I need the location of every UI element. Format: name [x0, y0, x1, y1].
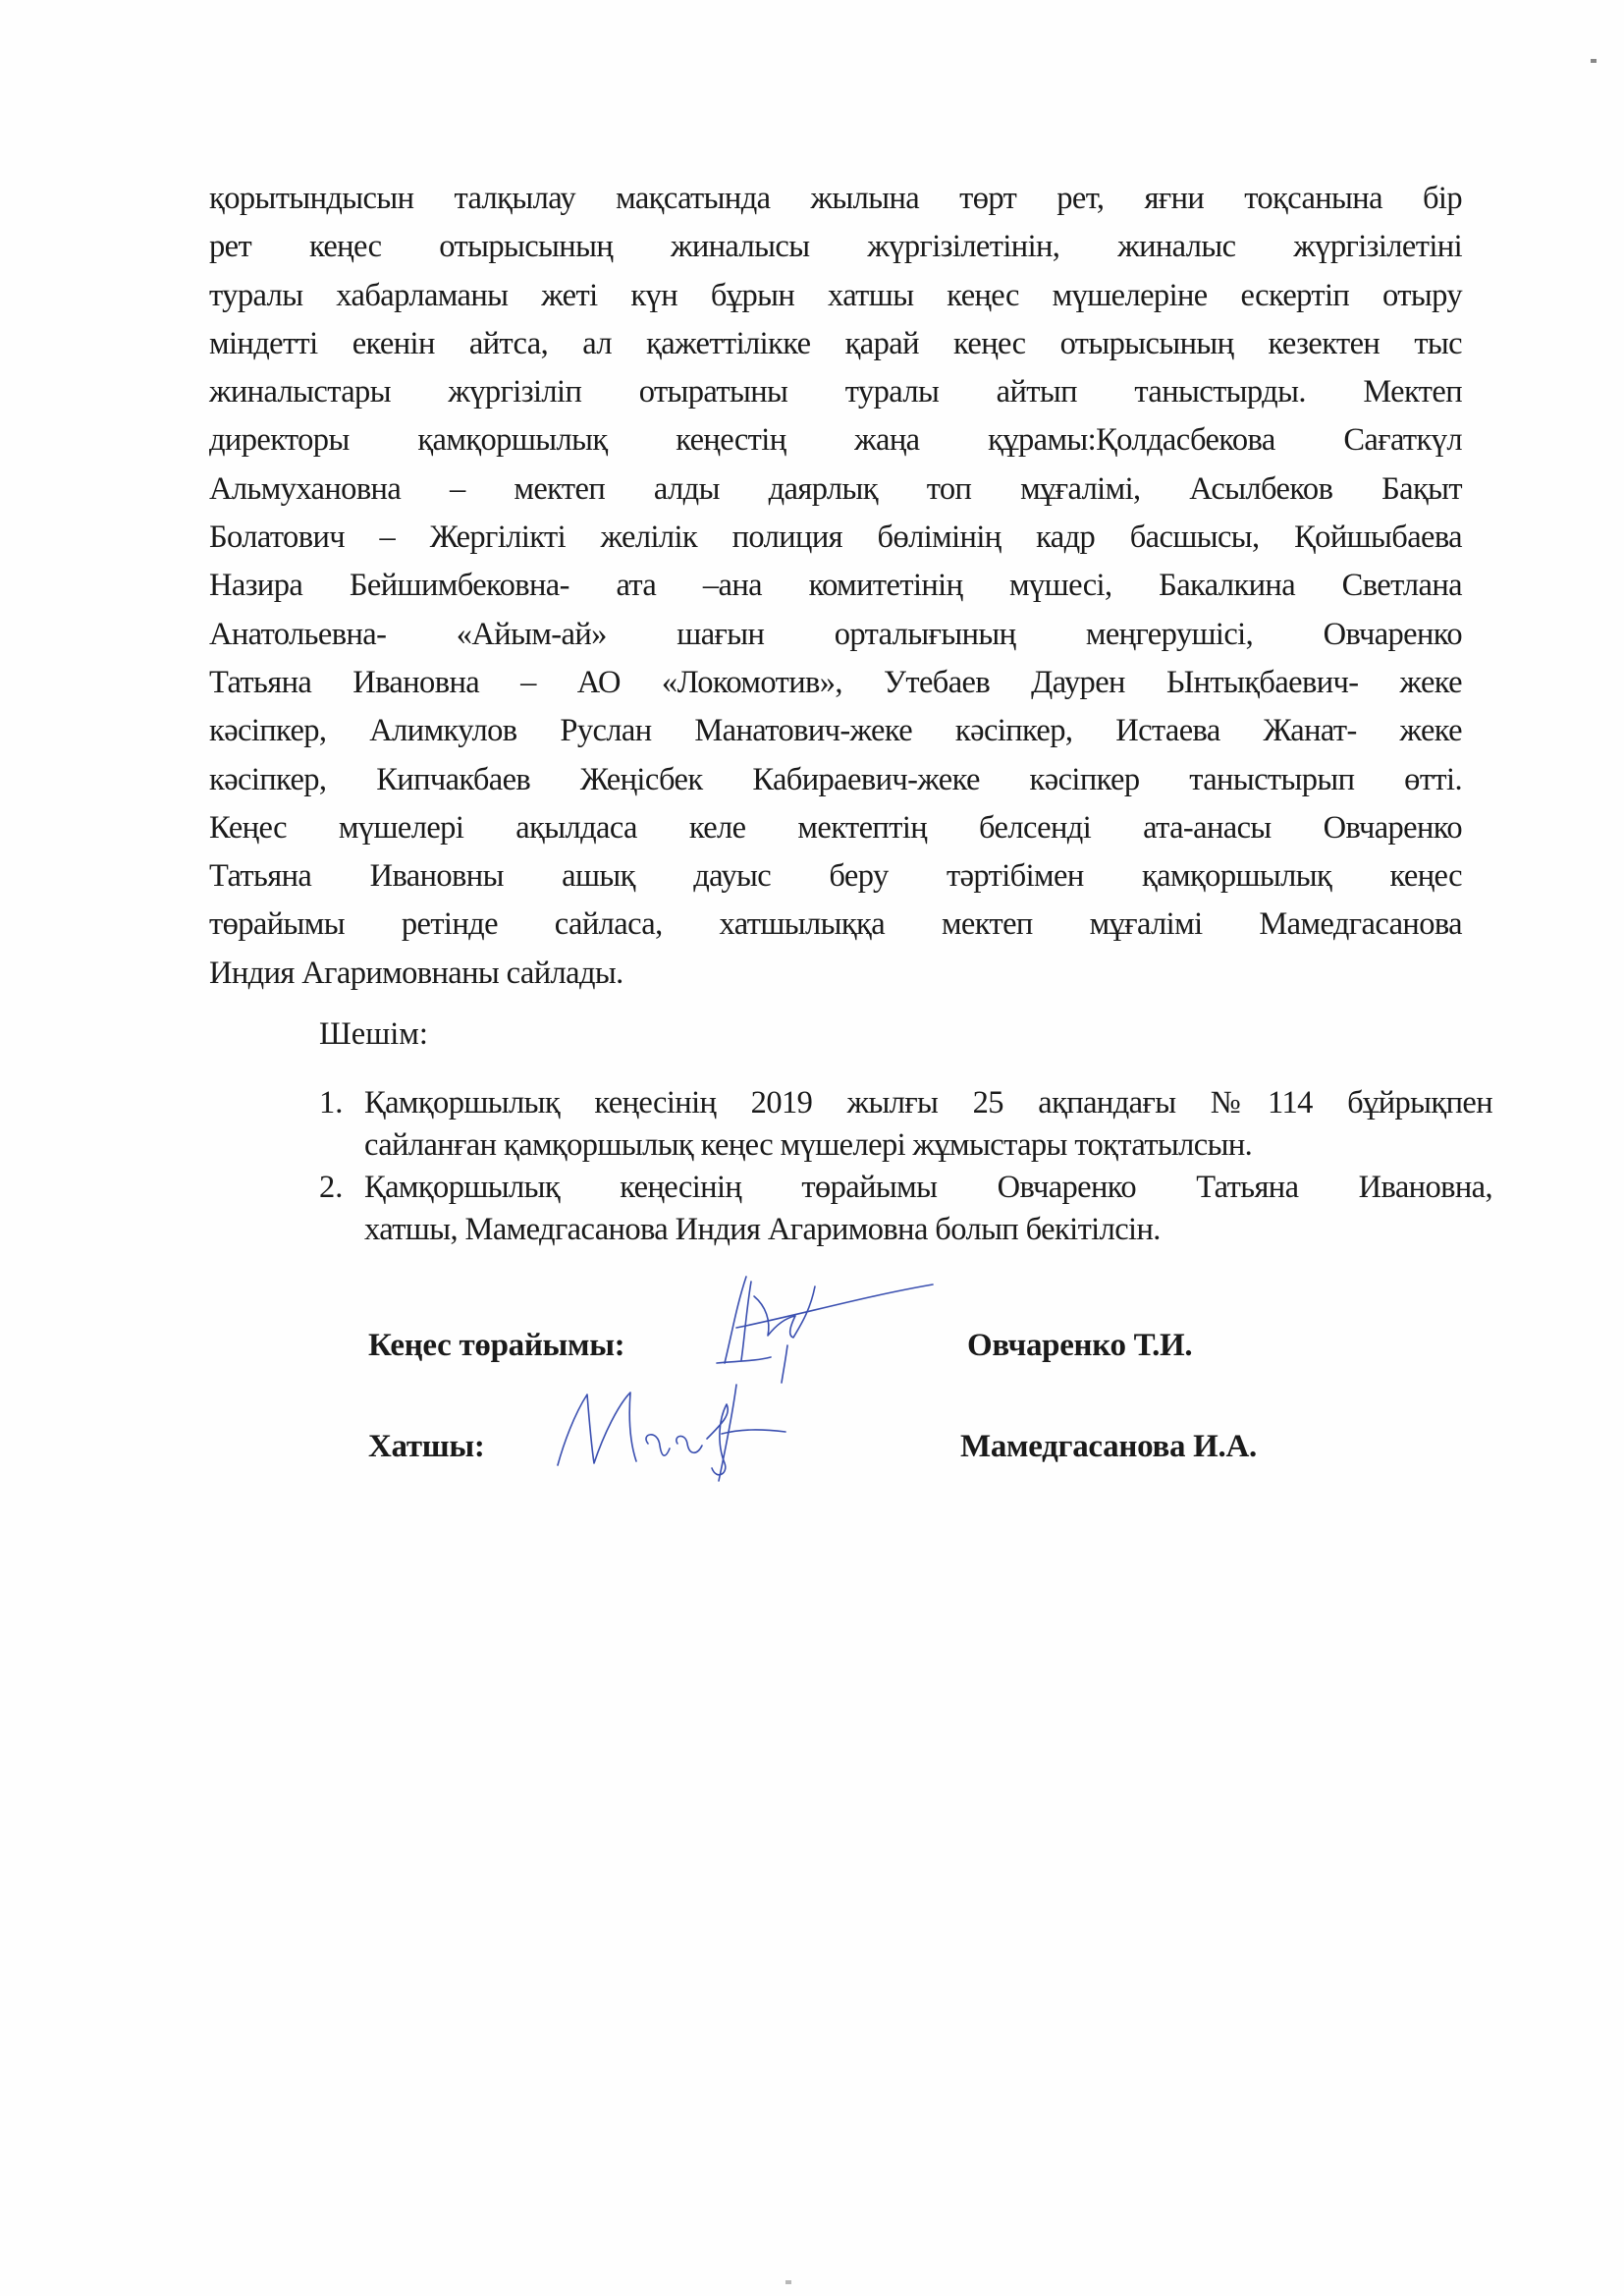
paragraph-line: кәсіпкер, Алимкулов Руслан Манатович-жек… — [209, 707, 1462, 755]
paragraph-line: жиналыстары жүргізіліп отыратыны туралы … — [209, 368, 1462, 416]
decision-heading: Шешім: — [319, 1014, 428, 1054]
chair-signature-icon — [677, 1267, 943, 1385]
decision-list: 1. Қамқоршылық кеңесінің 2019 жылғы 25 а… — [319, 1082, 1492, 1251]
paragraph-line: Назира Бейшимбековна- ата –ана комитетін… — [209, 562, 1462, 610]
secretary-signature-icon — [550, 1375, 805, 1483]
paragraph-line: Татьяна Ивановна – АО «Локомотив», Утеба… — [209, 659, 1462, 707]
chair-role-label: Кеңес төрайымы: — [368, 1326, 624, 1365]
paragraph-line: Кеңес мүшелері ақылдаса келе мектептің б… — [209, 804, 1462, 852]
paragraph-line: Болатович – Жергілікті желілік полиция б… — [209, 514, 1462, 562]
paragraph-line: кәсіпкер, Кипчакбаев Жеңісбек Кабираевич… — [209, 756, 1462, 804]
secretary-role-label: Хатшы: — [368, 1427, 485, 1466]
decision-line: сайланған қамқоршылық кеңес мүшелері жұм… — [364, 1124, 1492, 1167]
decision-line: Қамқоршылық кеңесінің төрайымы Овчаренко… — [364, 1167, 1492, 1209]
paragraph-line: Татьяна Ивановны ашық дауыс беру тәртібі… — [209, 852, 1462, 901]
paragraph-line: Индия Агаримовнаны сайлады. — [209, 950, 1462, 998]
decision-item: 1. Қамқоршылық кеңесінің 2019 жылғы 25 а… — [319, 1082, 1492, 1167]
decision-line: хатшы, Мамедгасанова Индия Агаримовна бо… — [364, 1209, 1492, 1251]
decision-item: 2. Қамқоршылық кеңесінің төрайымы Овчаре… — [319, 1167, 1492, 1251]
paragraph-line: директоры қамқоршылық кеңестің жаңа құра… — [209, 416, 1462, 465]
secretary-name: Мамедгасанова И.А. — [960, 1427, 1257, 1466]
decision-line: Қамқоршылық кеңесінің 2019 жылғы 25 ақпа… — [364, 1082, 1492, 1124]
decision-number: 2. — [319, 1167, 343, 1209]
paragraph-line: міндетті екенін айтса, ал қажеттілікке қ… — [209, 320, 1462, 368]
decision-number: 1. — [319, 1082, 343, 1124]
paragraph-line: туралы хабарламаны жеті күн бұрын хатшы … — [209, 272, 1462, 320]
paragraph-line: Альмухановна – мектеп алды даярлық топ м… — [209, 465, 1462, 514]
paragraph-line: қорытындысын талқылау мақсатында жылына … — [209, 175, 1462, 223]
document-page: қорытындысын талқылау мақсатында жылына … — [0, 0, 1624, 2296]
paragraph-line: төрайымы ретінде сайласа, хатшылыққа мек… — [209, 901, 1462, 949]
scan-speck — [785, 2280, 791, 2284]
scan-speck — [1591, 59, 1597, 63]
paragraph-line: рет кеңес отырысының жиналысы жүргізілет… — [209, 223, 1462, 271]
paragraph-line: Анатольевна- «Айым-ай» шағын орталығының… — [209, 611, 1462, 659]
body-paragraph: қорытындысын талқылау мақсатында жылына … — [209, 175, 1462, 998]
chair-name: Овчаренко Т.И. — [967, 1326, 1192, 1365]
